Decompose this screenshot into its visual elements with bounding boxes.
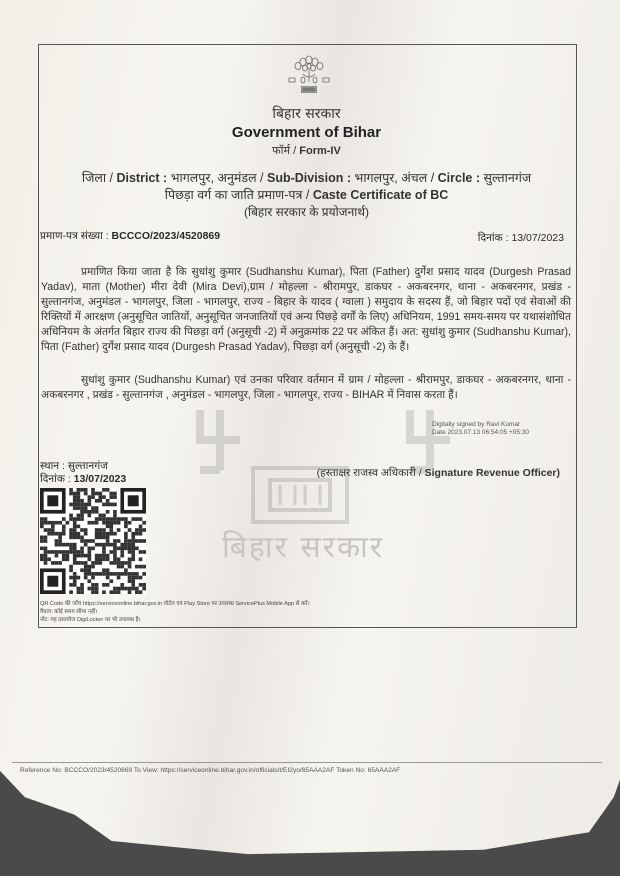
residence-paragraph: सुधांशु कुमार (Sudhanshu Kumar) एवं उनका… <box>41 373 571 403</box>
watermark-left-symbol <box>190 400 250 480</box>
certificate-number: प्रमाण-पत्र संख्या : BCCCO/2023/4520869 <box>40 229 220 243</box>
certificate-date: दिनांक : 13/07/2023 <box>478 231 564 245</box>
issue-place: स्थान : सुल्तानगंज <box>40 459 108 473</box>
digital-signature: Digitally signed by Ravi Kumar Date 2023… <box>432 421 529 437</box>
verification-notes: QR Code की जाँच https://serviceonline.bi… <box>40 600 310 624</box>
certificate-purpose: (बिहार सरकार के प्रयोजनार्थ) <box>38 203 575 220</box>
qr-code-icon <box>40 488 146 594</box>
certification-paragraph: प्रमाणित किया जाता है कि सुधांशु कुमार (… <box>41 265 571 355</box>
form-label: फॉर्म / Form-IV <box>38 143 575 158</box>
reference-footer[interactable]: Reference No: BCCCO/2023/4520869 To View… <box>20 767 400 774</box>
footer-divider <box>12 762 602 763</box>
certificate-title: पिछड़ा वर्ग का जाति प्रमाण-पत्र / Caste … <box>38 186 575 203</box>
govt-hindi: बिहार सरकार <box>38 104 575 123</box>
govt-english: Government of Bihar <box>38 124 575 141</box>
issue-date: दिनांक : 13/07/2023 <box>40 472 126 486</box>
jurisdiction-line: जिला / District : भागलपुर, अनुमंडल / Sub… <box>38 169 575 186</box>
watermark-text: बिहार सरकार <box>222 525 384 566</box>
bihar-emblem-icon <box>281 52 337 98</box>
signatory-label: (हस्ताक्षर राजस्व अधिकारी / Signature Re… <box>317 466 560 480</box>
